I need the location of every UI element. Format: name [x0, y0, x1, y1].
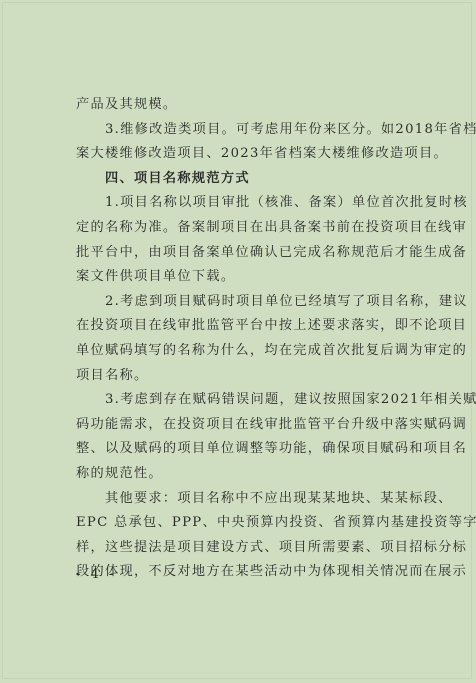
text-line: 其他要求：项目名称中不应出现某某地块、某某标段、 — [76, 487, 416, 512]
text-line: 单位赋码填写的名称为什么，均在完成首次批复后调为审定的 — [76, 339, 416, 364]
text-line: 案大楼维修改造项目、2023年省档案大楼维修改造项目。 — [76, 142, 416, 167]
body-text: 产品及其规模。 3.维修改造类项目。可考虑用年份来区分。如2018年省档 案大楼… — [76, 93, 416, 585]
text-line: 样，这些提法是项目建设方式、项目所需要素、项目招标分标 — [76, 536, 416, 561]
text-line: 3.维修改造类项目。可考虑用年份来区分。如2018年省档 — [76, 118, 416, 143]
page-number: - 4 - — [76, 567, 116, 582]
text-line: 1.项目名称以项目审批（核准、备案）单位首次批复时核 — [76, 191, 416, 216]
text-line: 段的体现，不反对地方在某些活动中为体现相关情况而在展示 — [76, 560, 416, 585]
section-heading: 四、项目名称规范方式 — [76, 167, 416, 192]
text-line: EPC 总承包、PPP、中央预算内投资、省预算内基建投资等字 — [76, 511, 416, 536]
text-line: 产品及其规模。 — [76, 93, 416, 118]
text-line: 整、以及赋码的项目单位调整等功能，确保项目赋码和项目名 — [76, 437, 416, 462]
text-line: 称的规范性。 — [76, 462, 416, 487]
text-line: 3.考虑到存在赋码错误问题，建议按照国家2021年相关赋 — [76, 388, 416, 413]
text-line: 批平台中，由项目备案单位确认已完成名称规范后才能生成备 — [76, 241, 416, 266]
text-line: 定的名称为准。备案制项目在出具备案书前在投资项目在线审 — [76, 216, 416, 241]
text-line: 案文件供项目单位下载。 — [76, 265, 416, 290]
text-line: 项目名称。 — [76, 364, 416, 389]
text-line: 2.考虑到项目赋码时项目单位已经填写了项目名称，建议 — [76, 290, 416, 315]
text-line: 在投资项目在线审批监管平台中按上述要求落实，即不论项目 — [76, 314, 416, 339]
document-page: 产品及其规模。 3.维修改造类项目。可考虑用年份来区分。如2018年省档 案大楼… — [2, 2, 472, 679]
text-line: 码功能需求，在投资项目在线审批监管平台升级中落实赋码调 — [76, 413, 416, 438]
